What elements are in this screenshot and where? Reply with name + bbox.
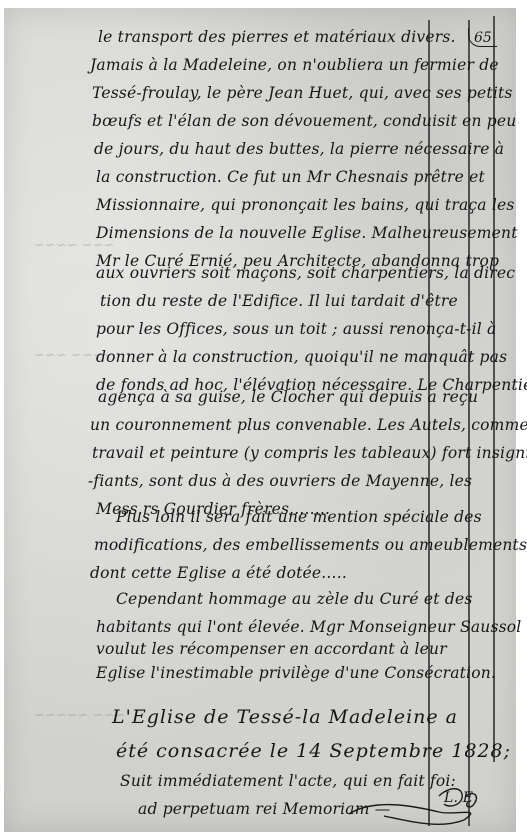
text-line: Plus loin il sera fait une mention spéci… [116, 508, 482, 526]
text-line: agença à sa guise, le Clocher qui depuis… [98, 388, 478, 406]
text-line: le transport des pierres et matériaux di… [98, 28, 456, 46]
text-line: bœufs et l'élan de son dévouement, condu… [92, 112, 516, 130]
manuscript-page: 65 ~~~ ~~~~ ~~~~ ~~~ ~~~ ~~~~~ le transp… [4, 8, 516, 832]
text-line: Tessé-froulay, le père Jean Huet, qui, a… [92, 84, 513, 102]
text-line: aux ouvriers soit maçons, soit charpenti… [96, 264, 515, 282]
text-line: de jours, du haut des buttes, la pierre … [94, 140, 504, 158]
text-line: habitants qui l'ont élevée. Mgr Monseign… [96, 618, 521, 636]
text-line: modifications, des embellissements ou am… [94, 536, 527, 554]
text-line: dont cette Eglise a été dotée..... [90, 564, 347, 582]
text-line: -fiants, sont dus à des ouvriers de Maye… [88, 472, 472, 490]
text-line: la construction. Ce fut un Mr Chesnais p… [96, 168, 485, 186]
text-line: donner à la construction, quoiqu'il ne m… [96, 348, 507, 366]
page-number: 65 [474, 30, 492, 46]
text-line: Cependant hommage au zèle du Curé et des [116, 590, 473, 608]
signature-initials: L. E. [444, 790, 478, 806]
text-line: Dimensions de la nouvelle Eglise. Malheu… [96, 224, 518, 242]
text-line: Missionnaire, qui prononçait les bains, … [96, 196, 515, 214]
text-line: un couronnement plus convenable. Les Aut… [90, 416, 527, 434]
text-line: tion du reste de l'Edifice. Il lui tarda… [100, 292, 458, 310]
text-line: travail et peinture (y compris les table… [92, 444, 527, 462]
text-line: voulut les récompenser en accordant à le… [96, 640, 447, 658]
text-line: Jamais à la Madeleine, on n'oubliera un … [90, 56, 499, 74]
text-line-heading: été consacrée le 14 Septembre 1828; [116, 740, 511, 762]
text-line: pour les Offices, sous un toit ; aussi r… [96, 320, 496, 338]
text-line: Eglise l'inestimable privilège d'une Con… [96, 664, 496, 682]
text-line-heading: L'Eglise de Tessé-la Madeleine a [112, 706, 458, 728]
